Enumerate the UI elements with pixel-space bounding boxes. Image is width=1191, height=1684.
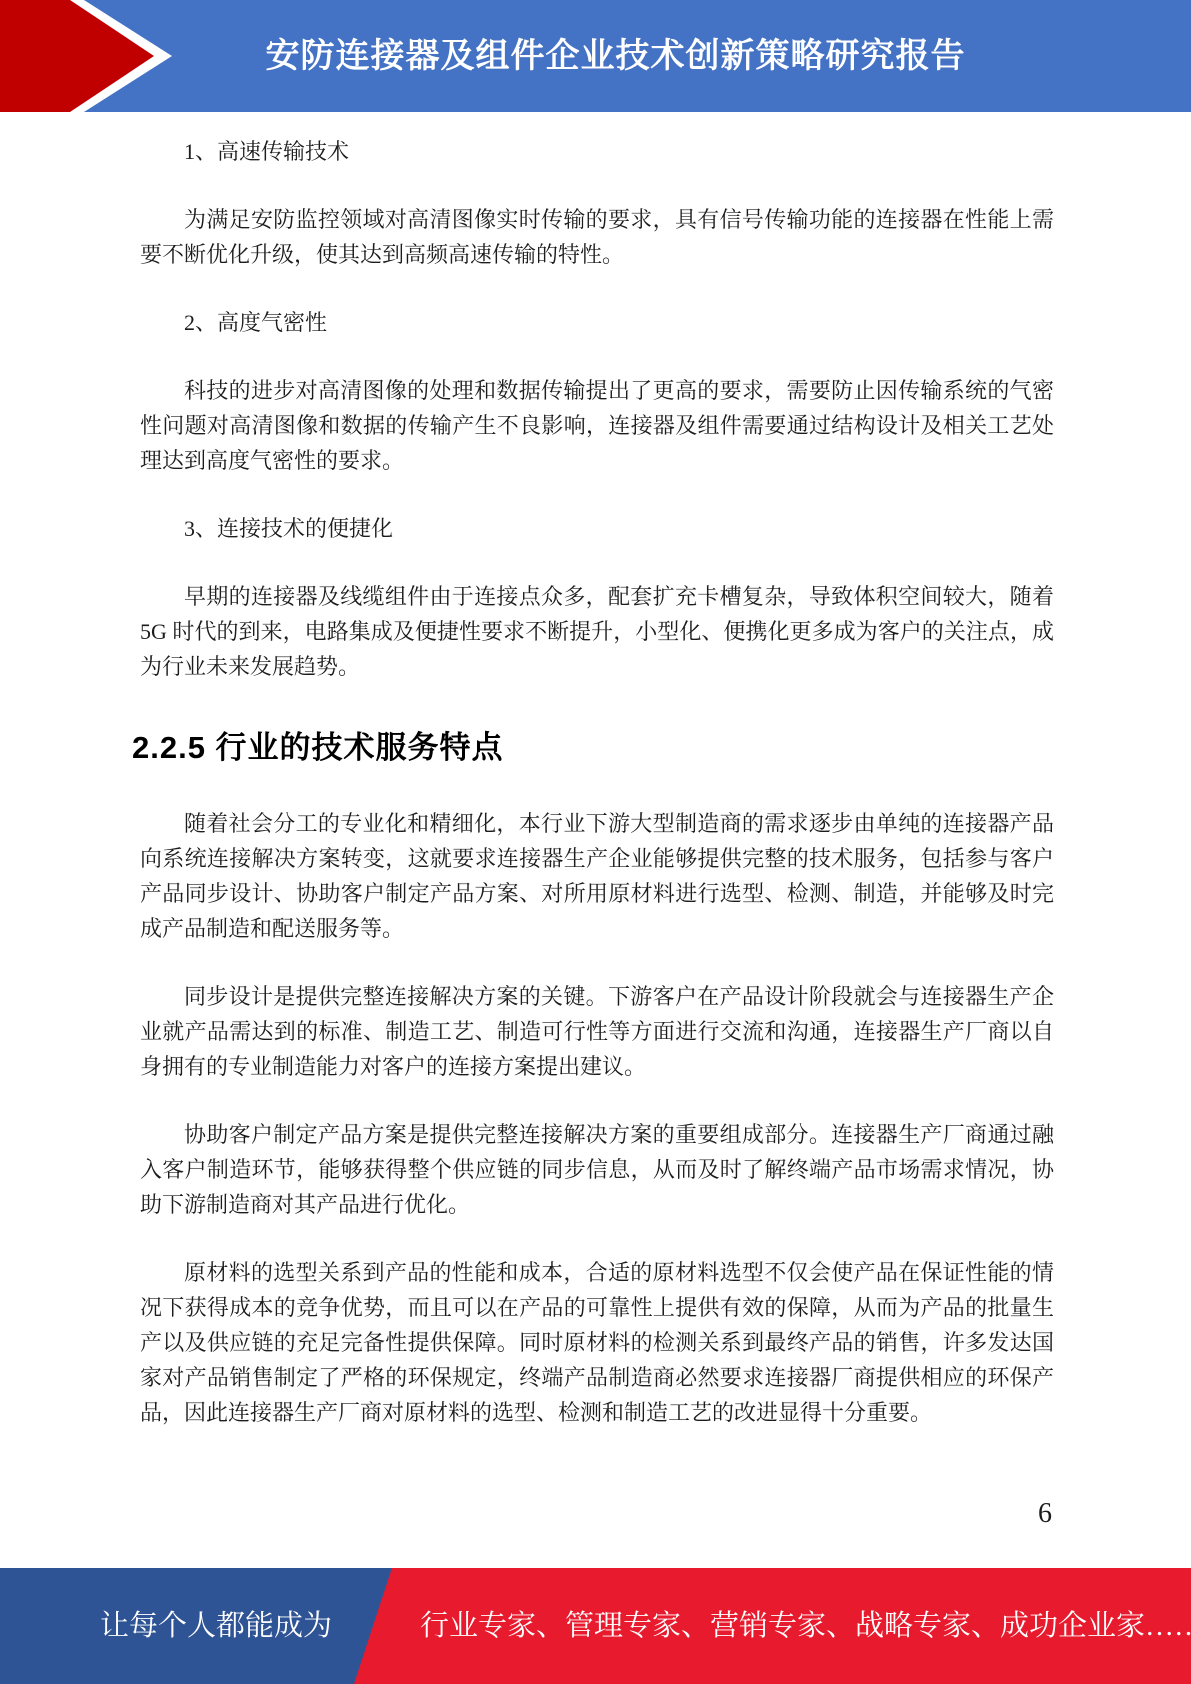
report-page: { "header": { "title": "安防连接器及组件企业技术创新策略…: [0, 0, 1191, 1684]
paragraph-2: 科技的进步对高清图像的处理和数据传输提出了更高的要求，需要防止因传输系统的气密性…: [140, 373, 1054, 478]
paragraph-5: 同步设计是提供完整连接解决方案的关键。下游客户在产品设计阶段就会与连接器生产企业…: [140, 979, 1054, 1084]
subheading-1: 1、高速传输技术: [140, 134, 1054, 169]
paragraph-7: 原材料的选型关系到产品的性能和成本，合适的原材料选型不仅会使产品在保证性能的情况…: [140, 1255, 1054, 1430]
section-heading-225: 2.2.5 行业的技术服务特点: [132, 726, 1054, 770]
document-body: 1、高速传输技术 为满足安防监控领域对高清图像实时传输的要求，具有信号传输功能的…: [140, 134, 1054, 1463]
subheading-2: 2、高度气密性: [140, 305, 1054, 340]
page-number: 6: [1025, 1498, 1065, 1530]
subheading-3: 3、连接技术的便捷化: [140, 511, 1054, 546]
paragraph-1: 为满足安防监控领域对高清图像实时传输的要求，具有信号传输功能的连接器在性能上需要…: [140, 202, 1054, 272]
report-title: 安防连接器及组件企业技术创新策略研究报告: [150, 0, 1081, 112]
footer-banner: 让每个人都能成为 行业专家、管理专家、营销专家、战略专家、成功企业家……: [0, 1568, 1191, 1684]
header-arrow-icon: [0, 0, 154, 112]
paragraph-4: 随着社会分工的专业化和精细化，本行业下游大型制造商的需求逐步由单纯的连接器产品向…: [140, 806, 1054, 946]
footer-slogan-right: 行业专家、管理专家、营销专家、战略专家、成功企业家……: [420, 1568, 1191, 1684]
paragraph-3: 早期的连接器及线缆组件由于连接点众多，配套扩充卡槽复杂，导致体积空间较大，随着 …: [140, 579, 1054, 684]
header-banner: 安防连接器及组件企业技术创新策略研究报告: [0, 0, 1191, 112]
paragraph-6: 协助客户制定产品方案是提供完整连接解决方案的重要组成部分。连接器生产厂商通过融入…: [140, 1117, 1054, 1222]
footer-slogan-left: 让每个人都能成为: [0, 1568, 332, 1684]
